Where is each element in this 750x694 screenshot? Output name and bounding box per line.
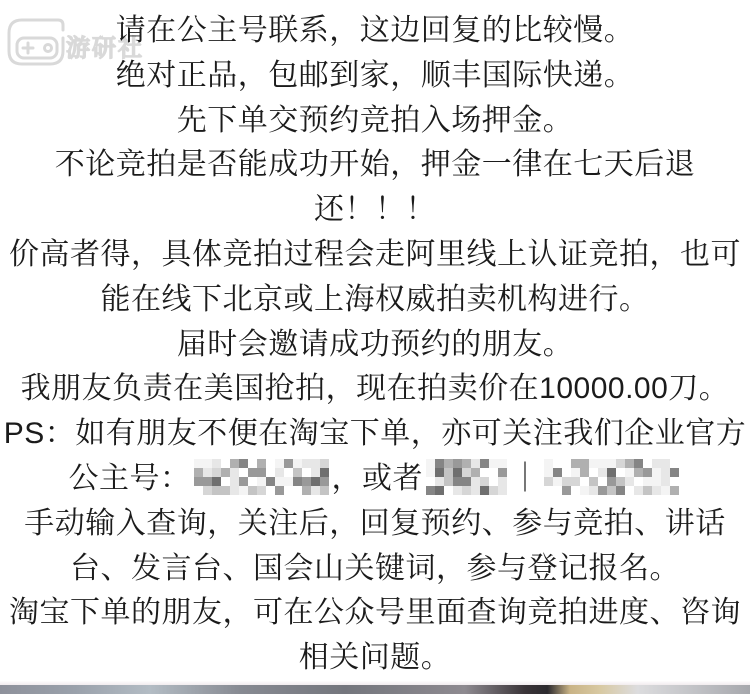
text-line: 价高者得，具体竞拍过程会走阿里线上认证竞拍，也可 [0, 233, 750, 278]
censored-account-3-mosaic [544, 459, 679, 495]
next-photo-preview [0, 681, 750, 694]
text-fragment: ｜ [510, 462, 541, 495]
text-line: 我朋友负责在美国抢拍，现在拍卖价在10000.00刀。 [0, 367, 750, 412]
photo-strip-image-edge [0, 685, 750, 694]
listing-description-text: 请在公主号联系，这边回复的比较慢。绝对正品，包邮到家，顺丰国际快递。先下单交预约… [0, 0, 750, 681]
text-line: 先下单交预约竞拍入场押金。 [0, 99, 750, 144]
censored-account-2-mosaic [426, 459, 507, 495]
text-line: 绝对正品，包邮到家，顺丰国际快递。 [0, 54, 750, 99]
text-line: 公主号：，或者｜ [0, 457, 750, 502]
text-fragment: ，或者 [332, 462, 424, 495]
censored-account-1-mosaic [194, 459, 329, 495]
text-line: 届时会邀请成功预约的朋友。 [0, 323, 750, 368]
text-line: 台、发言台、国会山关键词，参与登记报名。 [0, 547, 750, 592]
text-line: 不论竞拍是否能成功开始，押金一律在七天后退 [0, 143, 750, 188]
listing-screenshot-canvas: 游研社 请在公主号联系，这边回复的比较慢。绝对正品，包邮到家，顺丰国际快递。先下… [0, 0, 750, 694]
text-line: 还！！！ [0, 188, 750, 233]
text-line: 请在公主号联系，这边回复的比较慢。 [0, 9, 750, 54]
text-line: PS：如有朋友不便在淘宝下单，亦可关注我们企业官方 [0, 412, 750, 457]
text-line: 相关问题。 [0, 636, 750, 681]
text-line: 淘宝下单的朋友，可在公众号里面查询竞拍进度、咨询 [0, 591, 750, 636]
text-fragment: 公主号： [69, 462, 191, 495]
text-line: 手动输入查询，关注后，回复预约、参与竞拍、讲话 [0, 502, 750, 547]
text-line: 能在线下北京或上海权威拍卖机构进行。 [0, 278, 750, 323]
